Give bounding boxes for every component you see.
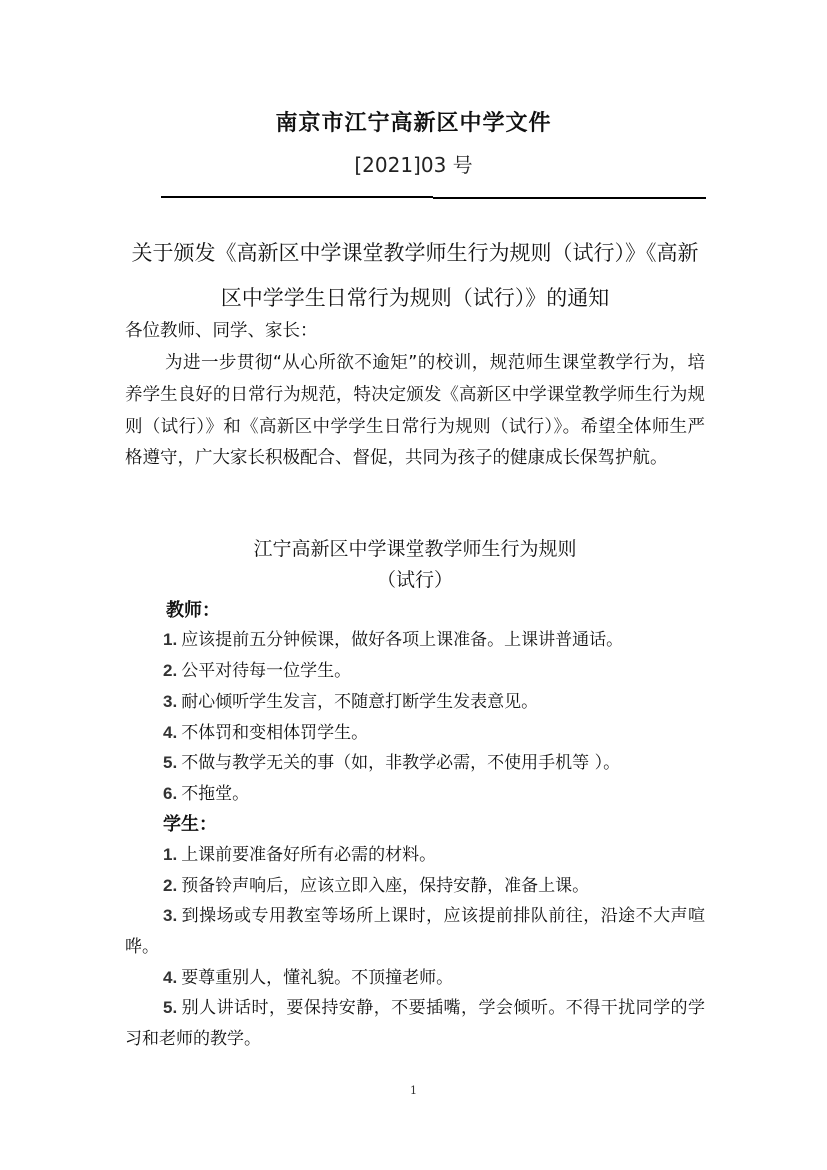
item-text: 应该提前五分钟候课，做好各项上课准备。上课讲普通话。	[181, 630, 623, 650]
item-text: 要尊重别人，懂礼貌。不顶撞老师。	[181, 968, 453, 988]
item-number: 6.	[163, 784, 177, 803]
teacher-rule-item: 6.不拖堂。	[163, 779, 249, 809]
header-divider-left	[161, 196, 433, 198]
student-rule-item: 1.上课前要准备好所有必需的材料。	[163, 840, 436, 870]
notice-body: 为进一步贯彻“从心所欲不逾矩”的校训，规范师生课堂教学行为，培养学生良好的日常行…	[125, 348, 705, 475]
students-section-label: 学生：	[163, 810, 217, 836]
item-text: 不拖堂。	[181, 784, 249, 804]
document-number: [2021]03 号	[0, 151, 827, 179]
item-text: 耐心倾听学生发言，不随意打断学生发表意见。	[181, 692, 538, 712]
rules-subtitle: （试行）	[125, 565, 705, 595]
item-text: 不做与教学无关的事（如，非教学必需，不使用手机等 ）。	[181, 753, 620, 773]
item-number: 5.	[163, 998, 177, 1017]
item-text: 公平对待每一位学生。	[181, 661, 351, 681]
item-number: 3.	[163, 906, 177, 925]
teachers-section-label: 教师：	[166, 596, 220, 622]
notice-title-line1: 关于颁发《高新区中学课堂教学师生行为规则（试行）》《高新	[125, 238, 705, 268]
item-number: 4.	[163, 968, 177, 987]
item-text: 到操场或专用教室等场所上课时，应该提前排队前往，沿途不大声喧哗。	[125, 906, 705, 957]
teacher-rule-item: 1.应该提前五分钟候课，做好各项上课准备。上课讲普通话。	[163, 625, 623, 655]
rules-title: 江宁高新区中学课堂教学师生行为规则	[125, 534, 705, 564]
item-text: 别人讲话时，要保持安静，不要插嘴，学会倾听。不得干扰同学的学习和老师的教学。	[125, 998, 705, 1049]
teacher-rule-item: 2.公平对待每一位学生。	[163, 656, 351, 686]
item-text: 预备铃声响后，应该立即入座，保持安静，准备上课。	[181, 876, 589, 896]
item-number: 1.	[163, 845, 177, 864]
teacher-rule-item: 4.不体罚和变相体罚学生。	[163, 718, 368, 748]
item-text: 不体罚和变相体罚学生。	[181, 723, 368, 743]
item-number: 1.	[163, 630, 177, 649]
student-rule-item: 3.到操场或专用教室等场所上课时，应该提前排队前往，沿途不大声喧哗。	[125, 901, 705, 962]
item-number: 2.	[163, 876, 177, 895]
item-text: 上课前要准备好所有必需的材料。	[181, 845, 436, 865]
item-number: 4.	[163, 723, 177, 742]
header-divider-right	[433, 197, 706, 199]
student-rule-item: 2.预备铃声响后，应该立即入座，保持安静，准备上课。	[163, 871, 589, 901]
teacher-rule-item: 5.不做与教学无关的事（如，非教学必需，不使用手机等 ）。	[163, 748, 620, 778]
item-number: 2.	[163, 661, 177, 680]
salutation: 各位教师、同学、家长：	[125, 316, 318, 347]
student-rule-item: 5.别人讲话时，要保持安静，不要插嘴，学会倾听。不得干扰同学的学习和老师的教学。	[125, 993, 705, 1054]
page-number: 1	[0, 1084, 827, 1097]
item-number: 5.	[163, 753, 177, 772]
item-number: 3.	[163, 692, 177, 711]
teacher-rule-item: 3.耐心倾听学生发言，不随意打断学生发表意见。	[163, 687, 538, 717]
document-header-title: 南京市江宁高新区中学文件	[0, 108, 827, 138]
notice-title-line2: 区中学学生日常行为规则（试行）》的通知	[125, 283, 705, 313]
student-rule-item: 4.要尊重别人，懂礼貌。不顶撞老师。	[163, 963, 453, 993]
